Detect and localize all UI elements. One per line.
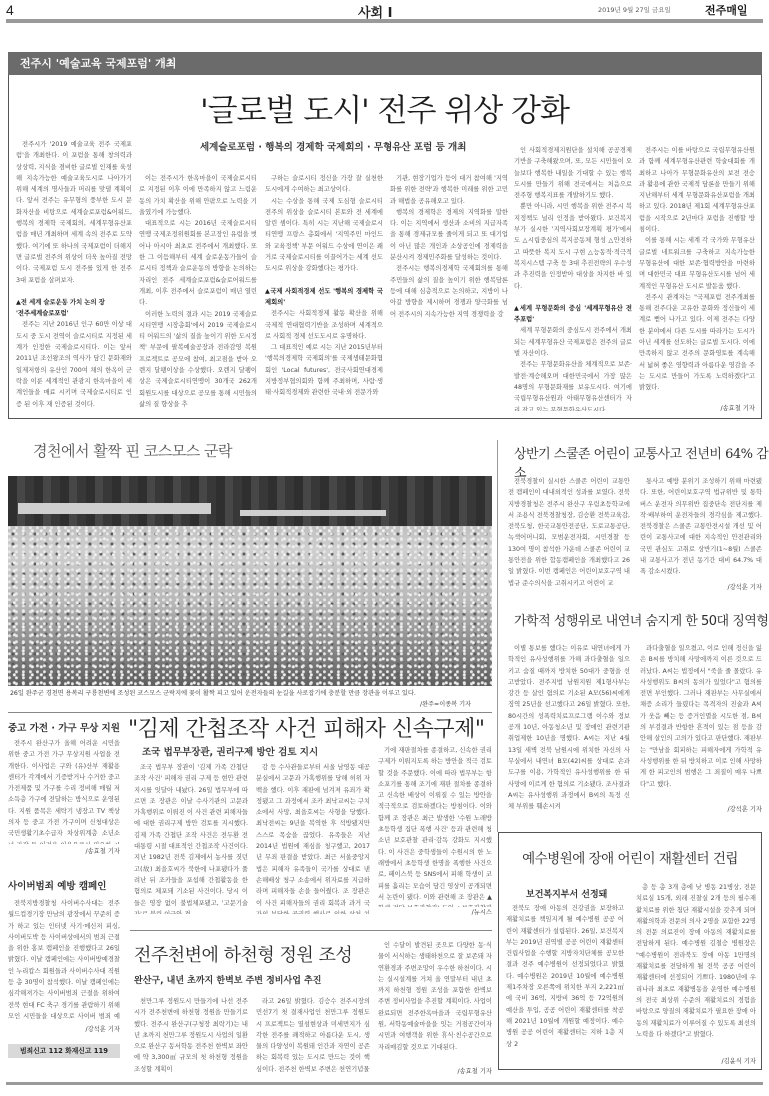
cyber-headline: 사이버범죄 예방 캠페인 bbox=[8, 878, 106, 892]
spy-subheadline: 조국 법무부장관, 권리구제 방안 검토 지시 bbox=[142, 744, 318, 758]
issue-date: 2019년 9월 27일 금요일 bbox=[598, 5, 671, 14]
spy-column-1: 조국 법무부 장관이 '김제 가족 간첩단 조작 사건' 피해자 권리 구제 등… bbox=[134, 762, 248, 914]
lead-column-4: 기관, 현장기업가 등이 대거 참여해 '지역화를 위한 전략'과 행복한 미래… bbox=[390, 173, 508, 411]
hospital-headline: 예수병원에 장애 어린이 재활센터 건립 bbox=[498, 847, 762, 867]
lead-headline: '글로벌 도시' 전주 위상 강화 bbox=[0, 85, 769, 130]
garden-column-1: 천만그루 정원도시 만들기에 나선 전주시가 전주천변에 하천형 정원을 만들기… bbox=[134, 996, 248, 1074]
schoolzone-column-2: 통사고 예방 분위기 조성하기 위해 마련됐다. 또한, 어린이보호구역 법규위… bbox=[640, 476, 762, 580]
masthead-rule bbox=[6, 19, 763, 23]
spy-column-3: 기에 재판절차를 종결하고, 신속한 권리구제가 이뤄지도록 하는 방안을 적극… bbox=[378, 745, 492, 907]
spy-column-2: 감 등 수사관들로부터 서울 남영동 대공분실에서 고문과 가혹행위를 당해 허… bbox=[256, 762, 370, 914]
garden-byline: /송효철 기자 bbox=[378, 1066, 492, 1075]
schoolzone-column-1: 전북경찰이 실시한 스쿨존 어린이 교통안전 캠페인이 대내외적인 성과를 보였… bbox=[508, 476, 630, 590]
emergency-hotline-banner: 범죄신고 112 화재신고 119 bbox=[8, 1044, 120, 1058]
furniture-body: 전주시 완산구가 올해 어려운 시민을 위한 중고 가전 가구 무상지원 사업을… bbox=[8, 738, 120, 844]
footer-rule bbox=[6, 1082, 763, 1085]
lead-subheadline: 세계슬로포럼 · 행복의 경제학 국제회의 · 무형유산 포럼 등 개최 bbox=[200, 139, 466, 153]
hospital-subheadline: 보건복지부서 선정돼 bbox=[526, 887, 607, 900]
garden-column-2: 라고 26일 밝혔다. 김승수 전주시장의 민선7기 첫 결재사업인 천만그루 … bbox=[256, 996, 370, 1074]
photo-caption: 26일 완주군 경천면 용복리 구룡천변에 조성된 코스모스 군락지에 꽃이 활… bbox=[10, 688, 416, 697]
crime-headline: 가학적 성행위로 내연녀 숨지게 한 50대 징역형 bbox=[514, 610, 768, 629]
crime-column-2: 과다출혈을 일으켰고, 이로 인해 정신을 잃은 B씨를 방치해 사망에까지 이… bbox=[640, 643, 762, 803]
hospital-byline: /김윤식 기자 bbox=[636, 1056, 756, 1065]
lead-column-1: 전주시가 '2019 예술교육 전주 국제포럼'을 개최한다. 이 포럼을 통해… bbox=[16, 139, 132, 411]
column-divider bbox=[497, 440, 498, 832]
garden-column-3: 인 수달이 발견된 곳으로 다양한 동·식물이 서식하는 생태하천으로 잘 보존… bbox=[378, 940, 492, 1066]
spy-divider bbox=[130, 930, 492, 931]
furniture-headline: 중고 가전 · 가구 무상 지원 bbox=[8, 720, 120, 734]
lead-column-3: 구하는 슬로시티 정신을 가장 잘 실천한 도시에게 수여하는 최고상이다. 시… bbox=[265, 173, 383, 411]
crime-byline: /강석훈 기자 bbox=[640, 804, 762, 813]
hospital-column-2: 층 등 총 3개 층에 낮 병동 21병상, 전문치료실 15개, 외래 진찰실… bbox=[636, 882, 756, 1054]
schoolzone-byline: /강석훈 기자 bbox=[640, 582, 762, 591]
cosmos-field-photo bbox=[8, 476, 492, 686]
lead-column-5: 인 사회적경제지원단을 설치해 공공경제 기반을 구축해왔으며, 또, 모든 시… bbox=[514, 145, 632, 411]
lead-byline: /송효철 기자 bbox=[639, 403, 755, 412]
newspaper-name: 전주매일 bbox=[705, 2, 748, 18]
lead-column-2: 이는 전주시가 한옥마을이 국제슬로시티로 지정된 이후 이에 만족하지 않고 … bbox=[139, 173, 257, 411]
spy-byline: /뉴시스 bbox=[378, 907, 492, 916]
lead-column-6: 전주시는 이를 바탕으로 국립무형유산원과 함께 세계무형유산관련 학술대회를 … bbox=[639, 145, 755, 403]
hospital-column-1: 전북도 장애 아동의 건강권을 보장하고 재활치료를 책임지게 될 예수병원 공… bbox=[506, 903, 624, 1063]
page-number: 4 bbox=[6, 2, 14, 18]
garden-headline: 전주천변에 하천형 정원 조성 bbox=[134, 941, 352, 967]
photo-credit: /완주=이종복 기자 bbox=[420, 699, 471, 708]
cyber-byline: /강석훈 기자 bbox=[8, 1024, 120, 1033]
lead-kicker: 전주시 '예술교육 국제포럼' 개최 bbox=[8, 52, 762, 75]
cyber-body: 전북지방경찰청 사이버수사대는 전주월드컵경기장 만남의 광장에서 꾸준히 증가… bbox=[8, 898, 120, 1022]
garden-subheadline: 완산구, 내년 초까지 한벽보 주변 정비사업 추진 bbox=[134, 973, 321, 986]
spy-headline: "김제 간첩조작 사건 피해자 신속구제" bbox=[128, 712, 485, 743]
crime-column-1: 이별 통보를 했다는 이유로 내연녀에게 가학적인 유사성행위를 가해 과다출혈… bbox=[508, 643, 630, 813]
furniture-byline: /송효철 기자 bbox=[8, 846, 120, 855]
photo-headline: 경천에서 활짝 핀 코스모스 군락 bbox=[33, 440, 232, 461]
